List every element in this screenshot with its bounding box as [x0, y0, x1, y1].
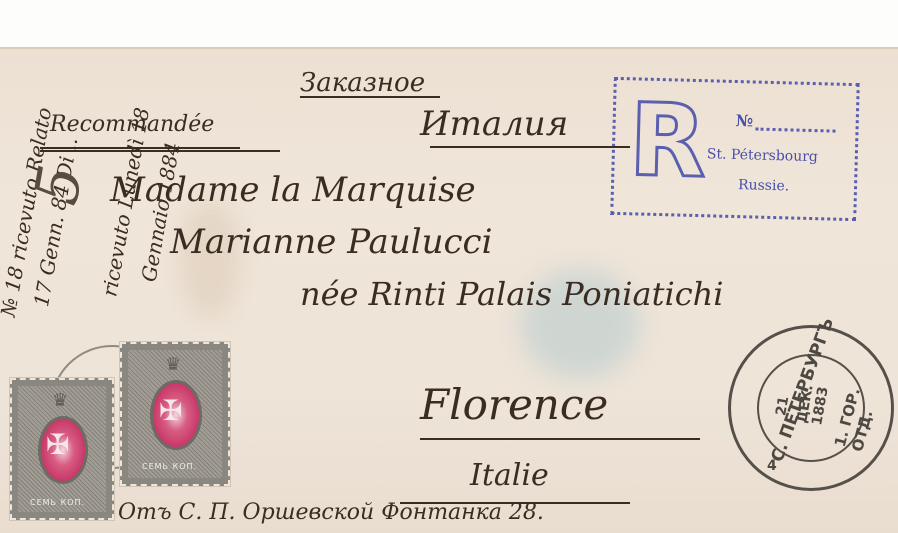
registration-number-mark: №	[735, 111, 753, 130]
sender-line: Отъ С. П. Оршевской Фонтанка 28.	[118, 500, 544, 525]
handwriting-top-russian: Заказное	[300, 68, 425, 98]
address-city: Florence	[420, 380, 608, 429]
crown-icon: ♛	[52, 390, 68, 411]
crown-icon: ♛	[165, 354, 181, 375]
stamp-denomination: СЕМЬ КОП.	[142, 462, 197, 471]
underline-city	[420, 438, 700, 440]
postage-stamp-1: ♛ ✠ СЕМЬ КОП.	[10, 378, 114, 520]
margin-rule	[40, 147, 240, 149]
eagle-icon: ✠	[159, 394, 182, 427]
registration-city: St. Pétersbourg	[707, 146, 818, 165]
registration-country: Russie.	[738, 177, 790, 194]
registration-label: R № St. Pétersbourg Russie.	[610, 77, 860, 221]
postage-stamp-2: ♛ ✠ СЕМЬ КОП.	[120, 342, 230, 486]
address-line-2: Marianne Paulucci	[170, 222, 492, 262]
handwriting-italy-russian: Италия	[420, 104, 568, 144]
address-country: Italie	[470, 458, 549, 493]
postmark-day: 21	[773, 395, 792, 417]
underline-top-russian	[300, 96, 440, 98]
postmark-mark: 4	[767, 458, 777, 474]
eagle-icon: ✠	[46, 428, 69, 461]
registration-number-line	[755, 128, 835, 133]
underline-country	[400, 502, 630, 504]
address-line-3: née Rinti Palais Poniatichi	[300, 275, 723, 313]
underline-italy-russian	[430, 146, 630, 148]
registration-letter: R	[628, 90, 708, 192]
postmark: С. ПЕТЕРБУРГЪ 1. ГОР. ОТД. 21 ДЕК. 1883 …	[728, 325, 894, 491]
stamp-denomination: СЕМЬ КОП.	[30, 498, 85, 507]
